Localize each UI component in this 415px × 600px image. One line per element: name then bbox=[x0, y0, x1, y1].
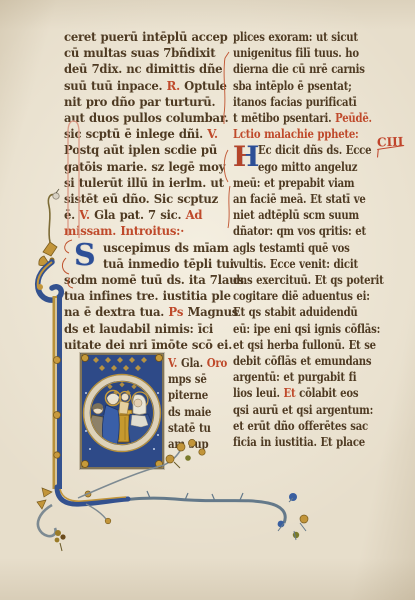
rubric-text: Peūdē. bbox=[335, 111, 372, 125]
text-line: V. Gla. Oro bbox=[168, 355, 212, 371]
text-line: ē. V. Gla pat. 7 sic. Ad bbox=[64, 207, 229, 223]
body-text: mps sē bbox=[168, 372, 207, 386]
text-line: ds maie bbox=[168, 404, 212, 420]
text-line: lios leui. Et cōlabit eos bbox=[233, 385, 364, 401]
text-line: sistēt eū dño. Sic scptuz bbox=[64, 191, 229, 207]
body-text: vultis. Ecce venit: dicit bbox=[233, 257, 358, 271]
text-line: vultis. Ecce venit: dicit bbox=[233, 256, 364, 272]
manuscript-page: ceret puerū intēplū accepcū multas suas … bbox=[0, 0, 415, 600]
body-text: statē tu bbox=[168, 421, 211, 435]
text-line: na ē dextra tua. Ps Magnus bbox=[64, 304, 229, 320]
text-line: sic scptū ē inlege dñi. V. bbox=[64, 126, 229, 142]
body-text: piterne bbox=[168, 388, 208, 402]
historiated-initial-presentation bbox=[80, 353, 164, 469]
suscepimus-initial-block: S uscepimus ds mīamtuā inmedio tēpli tui… bbox=[74, 240, 234, 272]
body-text: Gla. bbox=[177, 356, 206, 370]
text-line: unigenitus filī tuus. ho bbox=[233, 45, 364, 61]
text-line: aut duos pullos columbar. bbox=[64, 110, 229, 126]
body-text: lios leui. bbox=[233, 386, 284, 400]
body-text: unigenitus filī tuus. ho bbox=[233, 46, 359, 60]
rubric-text: Oro bbox=[207, 356, 227, 370]
body-text: gatōis marie. sz legē moy bbox=[64, 160, 225, 174]
rubric-text: V. bbox=[207, 127, 218, 141]
body-text: Magnus bbox=[183, 305, 238, 319]
text-line: argentū: et purgabit fi bbox=[233, 369, 364, 385]
body-text: Postq aūt iplen scdie pū bbox=[64, 143, 217, 157]
body-text: qsi aurū et qsi argentum: bbox=[233, 403, 373, 417]
text-line: missam. Introitus:· bbox=[64, 223, 229, 239]
right-lines-top: plices exoram: ut sicutunigenitus filī t… bbox=[233, 29, 389, 142]
body-text: si tulerūt illū in ierlm. ut bbox=[64, 176, 224, 190]
rubric-text: Ps bbox=[168, 305, 183, 319]
rubric-text: Lctio malachie pphete: bbox=[233, 127, 359, 141]
left-lines-suscepimus: uscepimus ds mīamtuā inmedio tēpli tui. bbox=[103, 240, 242, 272]
text-line: Et qs stabit aduidendū bbox=[233, 304, 364, 320]
body-text: sba intēplo ē psentat; bbox=[233, 79, 352, 93]
initial-s: S bbox=[74, 240, 99, 272]
text-line: dierna die cū nrē carnis bbox=[233, 61, 364, 77]
body-text: aut duos pullos columbar. bbox=[64, 111, 228, 125]
left-lines-middle: scdm nomē tuū ds. ita 7laustua infines t… bbox=[64, 272, 234, 353]
text-line: Ec dicit dñs ds. Ecce bbox=[258, 142, 371, 158]
body-text: ds et laudabil nimis: īci bbox=[64, 322, 213, 336]
text-column-right: plices exoram: ut sicutunigenitus filī t… bbox=[233, 29, 389, 450]
body-text: deū 7dix. nc dimittis dñe bbox=[64, 62, 222, 76]
text-column-left: ceret puerū intēplū accepcū multas suas … bbox=[64, 29, 234, 469]
text-line: ego mitto angeluz bbox=[258, 159, 371, 175]
hec-initial-block: H H Ec dicit dñs ds. Ecceego mitto angel… bbox=[233, 142, 389, 174]
text-line: eū: ipe eni qsi ignis cōflās: bbox=[233, 321, 364, 337]
body-text: Et qs stabit aduidendū bbox=[233, 305, 358, 319]
body-text: Optule bbox=[180, 79, 227, 93]
body-text: agls testamti quē vos bbox=[233, 241, 350, 255]
body-text: an faciē meā. Et statī ve bbox=[233, 192, 366, 206]
body-text: ceret puerū intēplū accep bbox=[64, 30, 228, 44]
body-text: ē. bbox=[64, 208, 79, 222]
body-text: na ē dextra tua. bbox=[64, 305, 168, 319]
body-text: niet adtēplū scm suum bbox=[233, 208, 359, 222]
body-text: uscepimus ds mīam bbox=[103, 241, 229, 255]
text-line: niet adtēplū scm suum bbox=[233, 207, 364, 223]
right-lines-hec: Ec dicit dñs ds. Ecceego mitto angeluz bbox=[258, 142, 393, 174]
rubric-text: missam. Introitus:· bbox=[64, 224, 184, 238]
body-text: tua infines tre. iustitia ple bbox=[64, 289, 231, 303]
text-line: ds et laudabil nimis: īci bbox=[64, 321, 229, 337]
body-text: Ec dicit dñs ds. Ecce bbox=[258, 143, 371, 157]
body-text: et qsi herba fullonū. Et se bbox=[233, 338, 376, 352]
text-line: debit cōflās et emundans bbox=[233, 353, 364, 369]
text-line: tuā inmedio tēpli tui. bbox=[103, 256, 238, 272]
text-line: ficia in iustitia. Et place bbox=[233, 434, 364, 450]
body-text: eū: ipe eni qsi ignis cōflās: bbox=[233, 322, 380, 336]
text-line: nit pro dño par turturū. bbox=[64, 94, 229, 110]
body-text: itanos facias purificatī bbox=[233, 95, 356, 109]
text-line: piterne bbox=[168, 387, 212, 403]
left-lines-top: ceret puerū intēplū accepcū multas suas … bbox=[64, 29, 234, 240]
text-line: tua infines tre. iustitia ple bbox=[64, 288, 229, 304]
text-line: an faciē meā. Et statī ve bbox=[233, 191, 364, 207]
body-text: meū: et prepabit viam bbox=[233, 176, 354, 190]
body-text: scdm nomē tuū ds. ita 7laus bbox=[64, 273, 244, 287]
text-line: qsi aurū et qsi argentum: bbox=[233, 402, 364, 418]
text-line: t mētibo psentari. Peūdē. bbox=[233, 110, 364, 126]
text-line: cogitare diē aduentus ei: bbox=[233, 288, 364, 304]
left-lines-beside-initial: V. Gla. Oromps sēpiterneds maiestatē tua… bbox=[168, 353, 220, 469]
text-line: itanos facias purificatī bbox=[233, 94, 364, 110]
rubric-text: R. bbox=[167, 79, 180, 93]
body-text: cogitare diē aduentus ei: bbox=[233, 289, 370, 303]
text-line: et erūt dño offerētes sac bbox=[233, 418, 364, 434]
body-text: am sup bbox=[168, 437, 208, 451]
body-text: sistēt eū dño. Sic scptuz bbox=[64, 192, 218, 206]
body-text: tuā inmedio tēpli tui. bbox=[103, 257, 238, 271]
text-line: deū 7dix. nc dimittis dñe bbox=[64, 61, 229, 77]
body-text: uitate dei nri īmōte scō ei. bbox=[64, 338, 232, 352]
rubric-text: Ad bbox=[186, 208, 203, 222]
rubric-text: V. bbox=[168, 356, 177, 370]
historiated-initial-block: V. Gla. Oromps sēpiterneds maiestatē tua… bbox=[80, 353, 234, 469]
text-line: dns exercituū. Et qs poterit bbox=[233, 272, 364, 288]
text-line: gatōis marie. sz legē moy bbox=[64, 159, 229, 175]
body-text: cū multas suas 7bñdixit bbox=[64, 46, 215, 60]
body-text: dns exercituū. Et qs poterit bbox=[233, 273, 384, 287]
body-text: dierna die cū nrē carnis bbox=[233, 62, 365, 76]
initial-h: H H bbox=[233, 142, 254, 174]
text-line: mps sē bbox=[168, 371, 212, 387]
text-line: uscepimus ds mīam bbox=[103, 240, 238, 256]
text-line: suū tuū inpace. R. Optule bbox=[64, 78, 229, 94]
body-text: ficia in iustitia. Et place bbox=[233, 435, 365, 449]
body-text: argentū: et purgabit fi bbox=[233, 370, 356, 384]
rubric-text: Et bbox=[284, 386, 296, 400]
text-line: meū: et prepabit viam bbox=[233, 175, 364, 191]
presentation-scene-icon bbox=[80, 353, 164, 469]
body-text: cōlabit eos bbox=[295, 386, 358, 400]
text-line: agls testamti quē vos bbox=[233, 240, 364, 256]
figure-mary bbox=[102, 391, 120, 447]
rubric-text: V. bbox=[79, 208, 90, 222]
text-line: scdm nomē tuū ds. ita 7laus bbox=[64, 272, 229, 288]
text-line: ceret puerū intēplū accep bbox=[64, 29, 229, 45]
body-text: dñator: qm vos qritis: et bbox=[233, 224, 366, 238]
body-text: et erūt dño offerētes sac bbox=[233, 419, 368, 433]
right-lines-bottom: meū: et prepabit viaman faciē meā. Et st… bbox=[233, 175, 389, 450]
text-line: et qsi herba fullonū. Et se bbox=[233, 337, 364, 353]
body-text: t mētibo psentari. bbox=[233, 111, 335, 125]
text-line: cū multas suas 7bñdixit bbox=[64, 45, 229, 61]
body-text: suū tuū inpace. bbox=[64, 79, 167, 93]
body-text: plices exoram: ut sicut bbox=[233, 30, 358, 44]
text-line: statē tu bbox=[168, 420, 212, 436]
text-line: Postq aūt iplen scdie pū bbox=[64, 142, 229, 158]
body-text: sic scptū ē inlege dñi. bbox=[64, 127, 207, 141]
body-text: nit pro dño par turturū. bbox=[64, 95, 215, 109]
text-line: am sup bbox=[168, 436, 212, 452]
text-line: sba intēplo ē psentat; bbox=[233, 78, 364, 94]
body-text: ds maie bbox=[168, 405, 211, 419]
text-line: uitate dei nri īmōte scō ei. bbox=[64, 337, 229, 353]
text-line: dñator: qm vos qritis: et bbox=[233, 223, 364, 239]
body-text: debit cōflās et emundans bbox=[233, 354, 371, 368]
body-text: Gla pat. 7 sic. bbox=[90, 208, 186, 222]
text-line: plices exoram: ut sicut bbox=[233, 29, 364, 45]
text-line: si tulerūt illū in ierlm. ut bbox=[64, 175, 229, 191]
body-text: ego mitto angeluz bbox=[258, 160, 357, 174]
